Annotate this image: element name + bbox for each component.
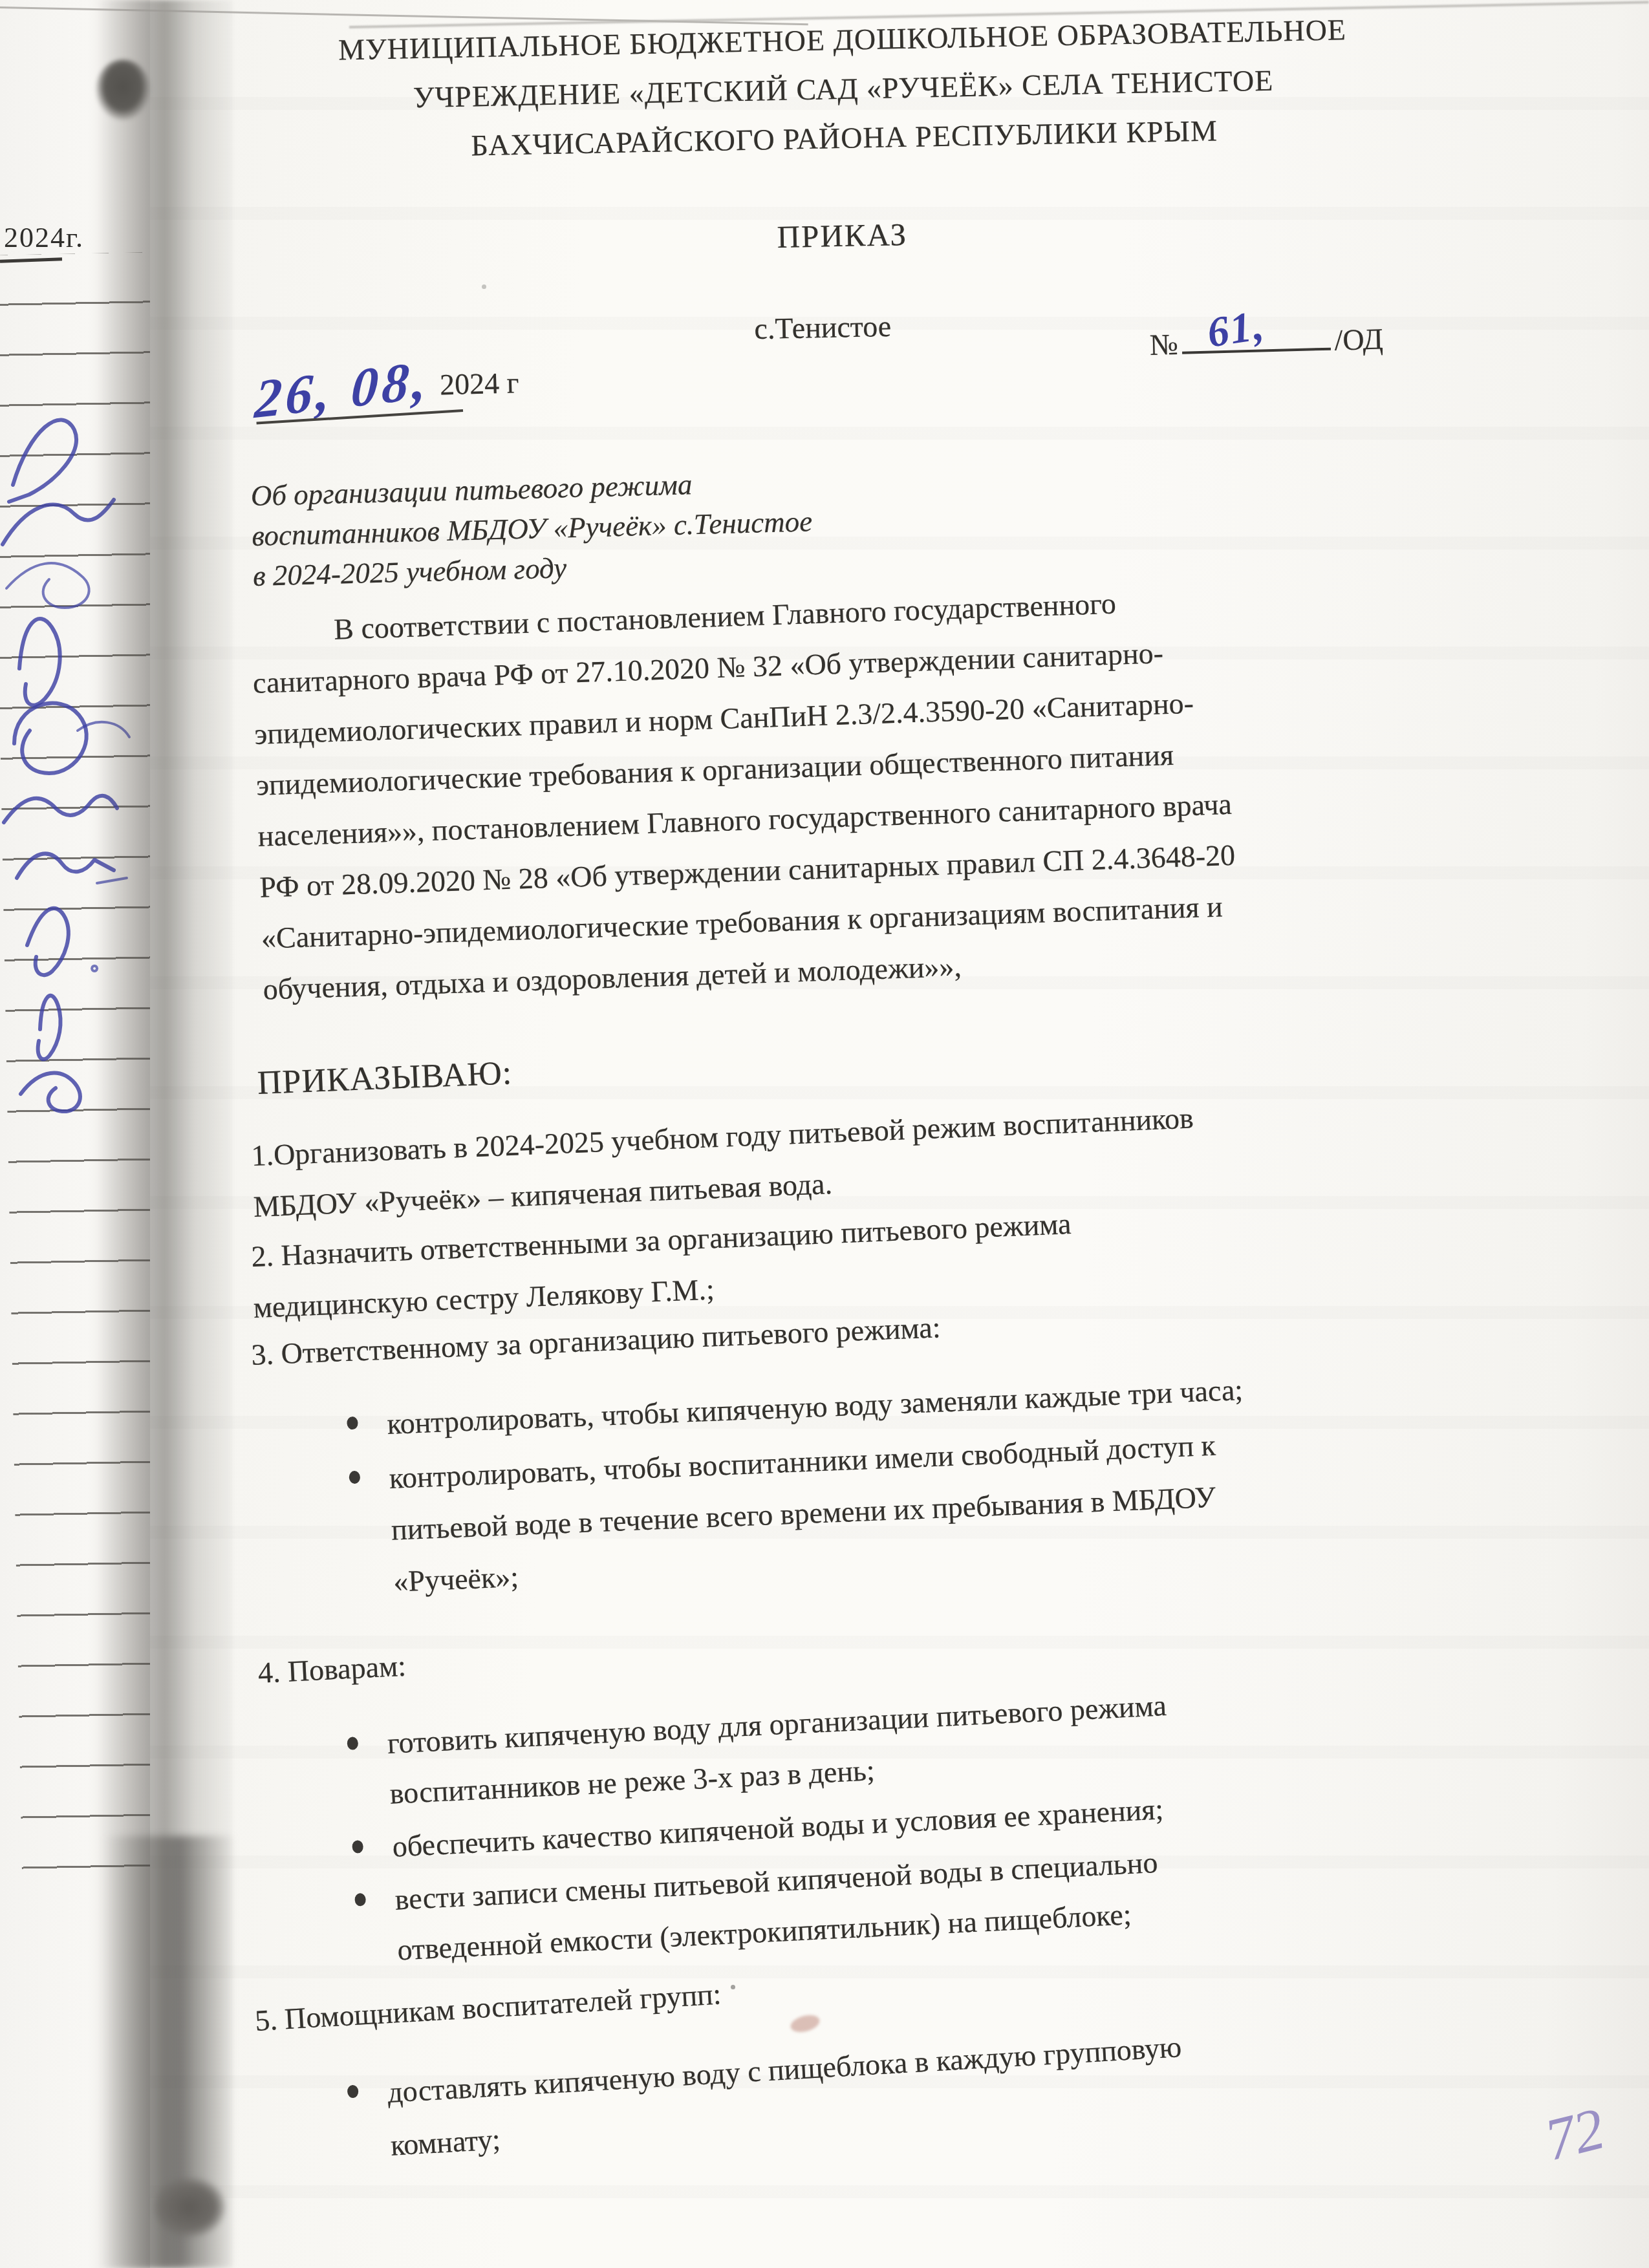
item4-bullet-list: готовить кипяченую воду для организации … <box>386 1680 1178 1978</box>
order-number: №61,/ОД <box>1149 321 1383 362</box>
order-number-suffix: /ОД <box>1334 323 1383 357</box>
order-number-blank-line: 61, <box>1181 322 1331 354</box>
order-number-handwritten: 61, <box>1204 301 1268 358</box>
bullet-dot-icon <box>347 1737 358 1750</box>
resolution-word: ПРИКАЗЫВАЮ: <box>257 1054 513 1102</box>
order-item-4-heading: 4. Поварам: <box>257 1640 407 1698</box>
bullet-dot-icon <box>347 2085 359 2099</box>
item3-bullet-list: контролировать, чтобы кипяченую воду зам… <box>386 1364 1251 1610</box>
dust-speck <box>482 284 486 289</box>
order-subject: Об организации питьевого режима воспитан… <box>250 461 814 596</box>
list-item: контролировать, чтобы воспитанники имели… <box>388 1418 1250 1608</box>
signature-scribbles <box>0 394 162 1125</box>
order-date: 26, 08,2024 г <box>253 354 520 423</box>
margin-year-note: 2024г. <box>4 221 84 254</box>
document-title: ПРИКАЗ <box>195 204 1489 267</box>
bullet-dot-icon <box>347 1417 358 1430</box>
bullet-dot-icon <box>352 1840 363 1854</box>
organization-header: МУНИЦИПАЛЬНОЕ БЮДЖЕТНОЕ ДОШКОЛЬНОЕ ОБРАЗ… <box>195 3 1491 176</box>
preamble-paragraph: В соответствии с постановлением Главного… <box>250 574 1239 1015</box>
item5-bullet-list: доставлять кипяченую воду с пищеблока в … <box>386 2020 1186 2175</box>
dust-speck <box>731 1985 735 1989</box>
list-item: доставлять кипяченую воду с пищеблока в … <box>386 2020 1186 2172</box>
bullet-dot-icon <box>354 1893 366 1907</box>
order-number-prefix: № <box>1149 328 1178 361</box>
order-item-5-heading: 5. Помощникам воспитателей групп: <box>253 1968 723 2046</box>
document-page: МУНИЦИПАЛЬНОЕ БЮДЖЕТНОЕ ДОШКОЛЬНОЕ ОБРАЗ… <box>150 0 1649 2268</box>
bullet-dot-icon <box>349 1471 360 1484</box>
order-date-typed: 2024 г <box>439 365 519 401</box>
scanned-order-page: 2024г. МУНИЦИПАЛЬНОЕ БЮДЖЕТНОЕ ДОШКОЛЬНО… <box>0 0 1649 2268</box>
